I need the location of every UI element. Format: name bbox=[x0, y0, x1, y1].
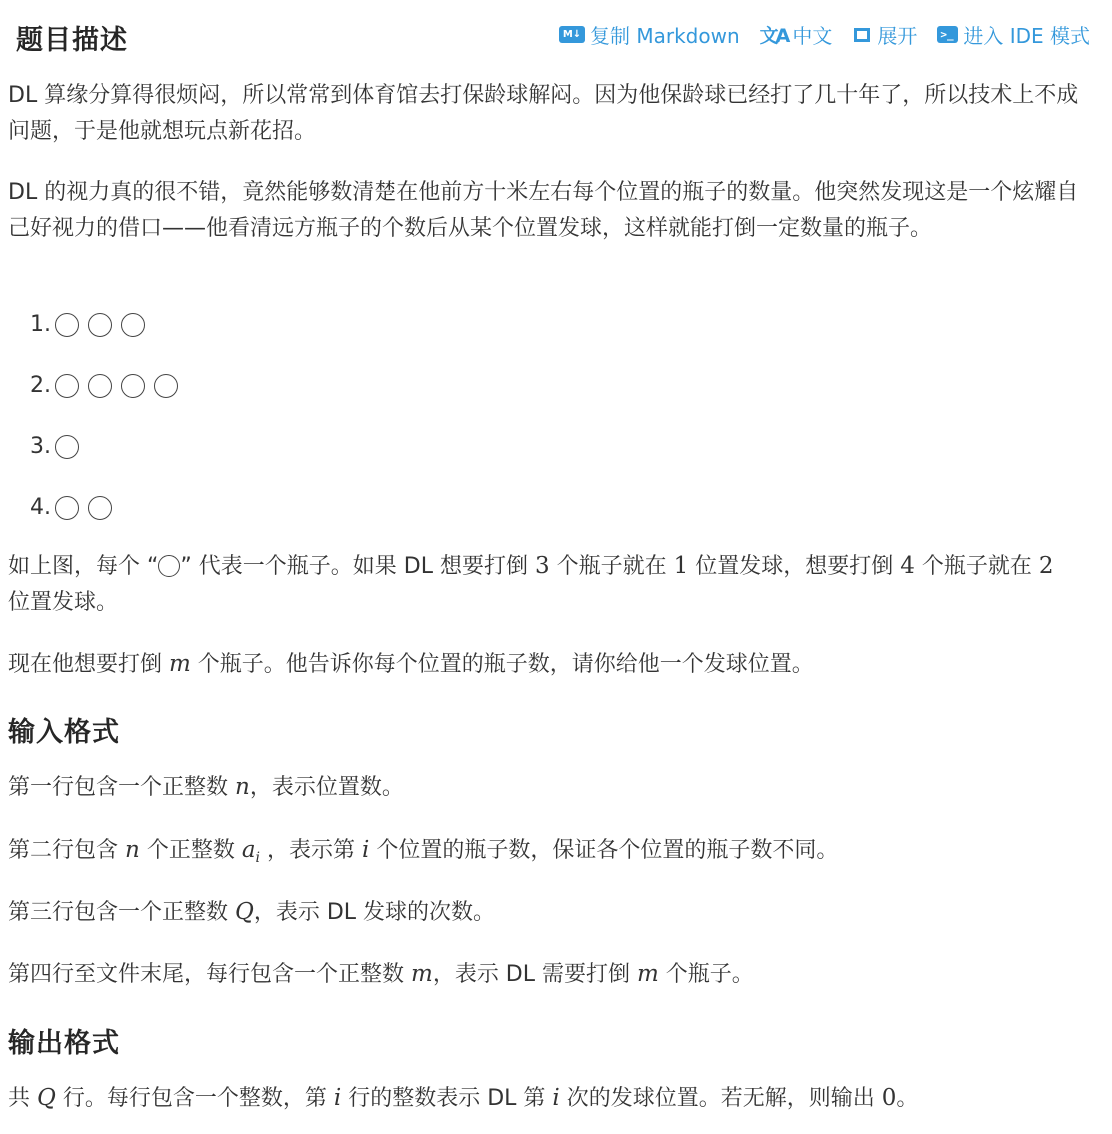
ide-mode-button[interactable]: >_ 进入 IDE 模式 bbox=[937, 20, 1090, 49]
bottle-circle-icon bbox=[121, 374, 145, 398]
bottle-circle-icon bbox=[55, 435, 79, 459]
bottle-list: 1.2.3.4. bbox=[30, 294, 187, 538]
bottle-circle-icon bbox=[121, 313, 145, 337]
bottle-list-item: 4. bbox=[30, 477, 187, 538]
bottle-circle-icon bbox=[55, 374, 79, 398]
bottle-list-item: 1. bbox=[30, 294, 187, 355]
list-index: 4. bbox=[30, 495, 51, 520]
toolbar: M↓ 复制 Markdown 文A 中文 展开 >_ 进入 IDE 模式 bbox=[559, 20, 1090, 49]
description-paragraph-3: 如上图，每个 “” 代表一个瓶子。如果 DL 想要打倒 3 个瓶子就在 1 位置… bbox=[8, 548, 1082, 621]
list-index: 1. bbox=[30, 312, 51, 337]
markdown-icon: M↓ bbox=[559, 26, 585, 43]
ide-mode-label: 进入 IDE 模式 bbox=[963, 20, 1090, 49]
header: 题目描述 M↓ 复制 Markdown 文A 中文 展开 >_ 进入 IDE 模… bbox=[8, 0, 1104, 70]
bottle-circle-icon bbox=[55, 496, 79, 520]
bottle-circle-icon bbox=[158, 555, 180, 577]
output-format-title: 输出格式 bbox=[8, 1021, 120, 1060]
expand-label: 展开 bbox=[877, 20, 917, 49]
description-paragraph-4: 现在他想要打倒 m 个瓶子。他告诉你每个位置的瓶子数，请你给他一个发球位置。 bbox=[8, 646, 1082, 683]
bottle-circle-icon bbox=[88, 496, 112, 520]
list-index: 3. bbox=[30, 434, 51, 459]
input-line-1: 第一行包含一个正整数 n，表示位置数。 bbox=[8, 769, 1082, 806]
description-paragraph-2: DL 的视力真的很不错，竟然能够数清楚在他前方十米左右每个位置的瓶子的数量。他突… bbox=[8, 175, 1082, 247]
bottle-circle-icon bbox=[88, 313, 112, 337]
input-line-3: 第三行包含一个正整数 Q，表示 DL 发球的次数。 bbox=[8, 894, 1082, 931]
copy-markdown-button[interactable]: M↓ 复制 Markdown bbox=[559, 20, 740, 49]
bottle-list-item: 2. bbox=[30, 355, 187, 416]
page-title: 题目描述 bbox=[16, 18, 128, 57]
output-line-1: 共 Q 行。每行包含一个整数，第 i 行的整数表示 DL 第 i 次的发球位置。… bbox=[8, 1080, 1082, 1117]
bottle-circle-icon bbox=[154, 374, 178, 398]
copy-markdown-label: 复制 Markdown bbox=[590, 20, 740, 49]
bottle-circle-icon bbox=[88, 374, 112, 398]
language-label: 中文 bbox=[792, 20, 832, 49]
bottle-list-item: 3. bbox=[30, 416, 187, 477]
language-button[interactable]: 文A 中文 bbox=[760, 20, 833, 49]
expand-icon bbox=[852, 26, 872, 44]
list-index: 2. bbox=[30, 373, 51, 398]
bottle-circle-icon bbox=[55, 313, 79, 337]
input-format-title: 输入格式 bbox=[8, 710, 120, 749]
terminal-icon: >_ bbox=[937, 26, 958, 43]
description-paragraph-1: DL 算缘分算得很烦闷，所以常常到体育馆去打保龄球解闷。因为他保龄球已经打了几十… bbox=[8, 78, 1082, 150]
input-line-2: 第二行包含 n 个正整数 ai ，表示第 i 个位置的瓶子数，保证各个位置的瓶子… bbox=[8, 832, 1082, 876]
expand-button[interactable]: 展开 bbox=[852, 20, 917, 49]
input-line-4: 第四行至文件末尾，每行包含一个正整数 m，表示 DL 需要打倒 m 个瓶子。 bbox=[8, 956, 1082, 993]
translate-icon: 文A bbox=[760, 21, 788, 48]
problem-page: 题目描述 M↓ 复制 Markdown 文A 中文 展开 >_ 进入 IDE 模… bbox=[0, 0, 1112, 70]
